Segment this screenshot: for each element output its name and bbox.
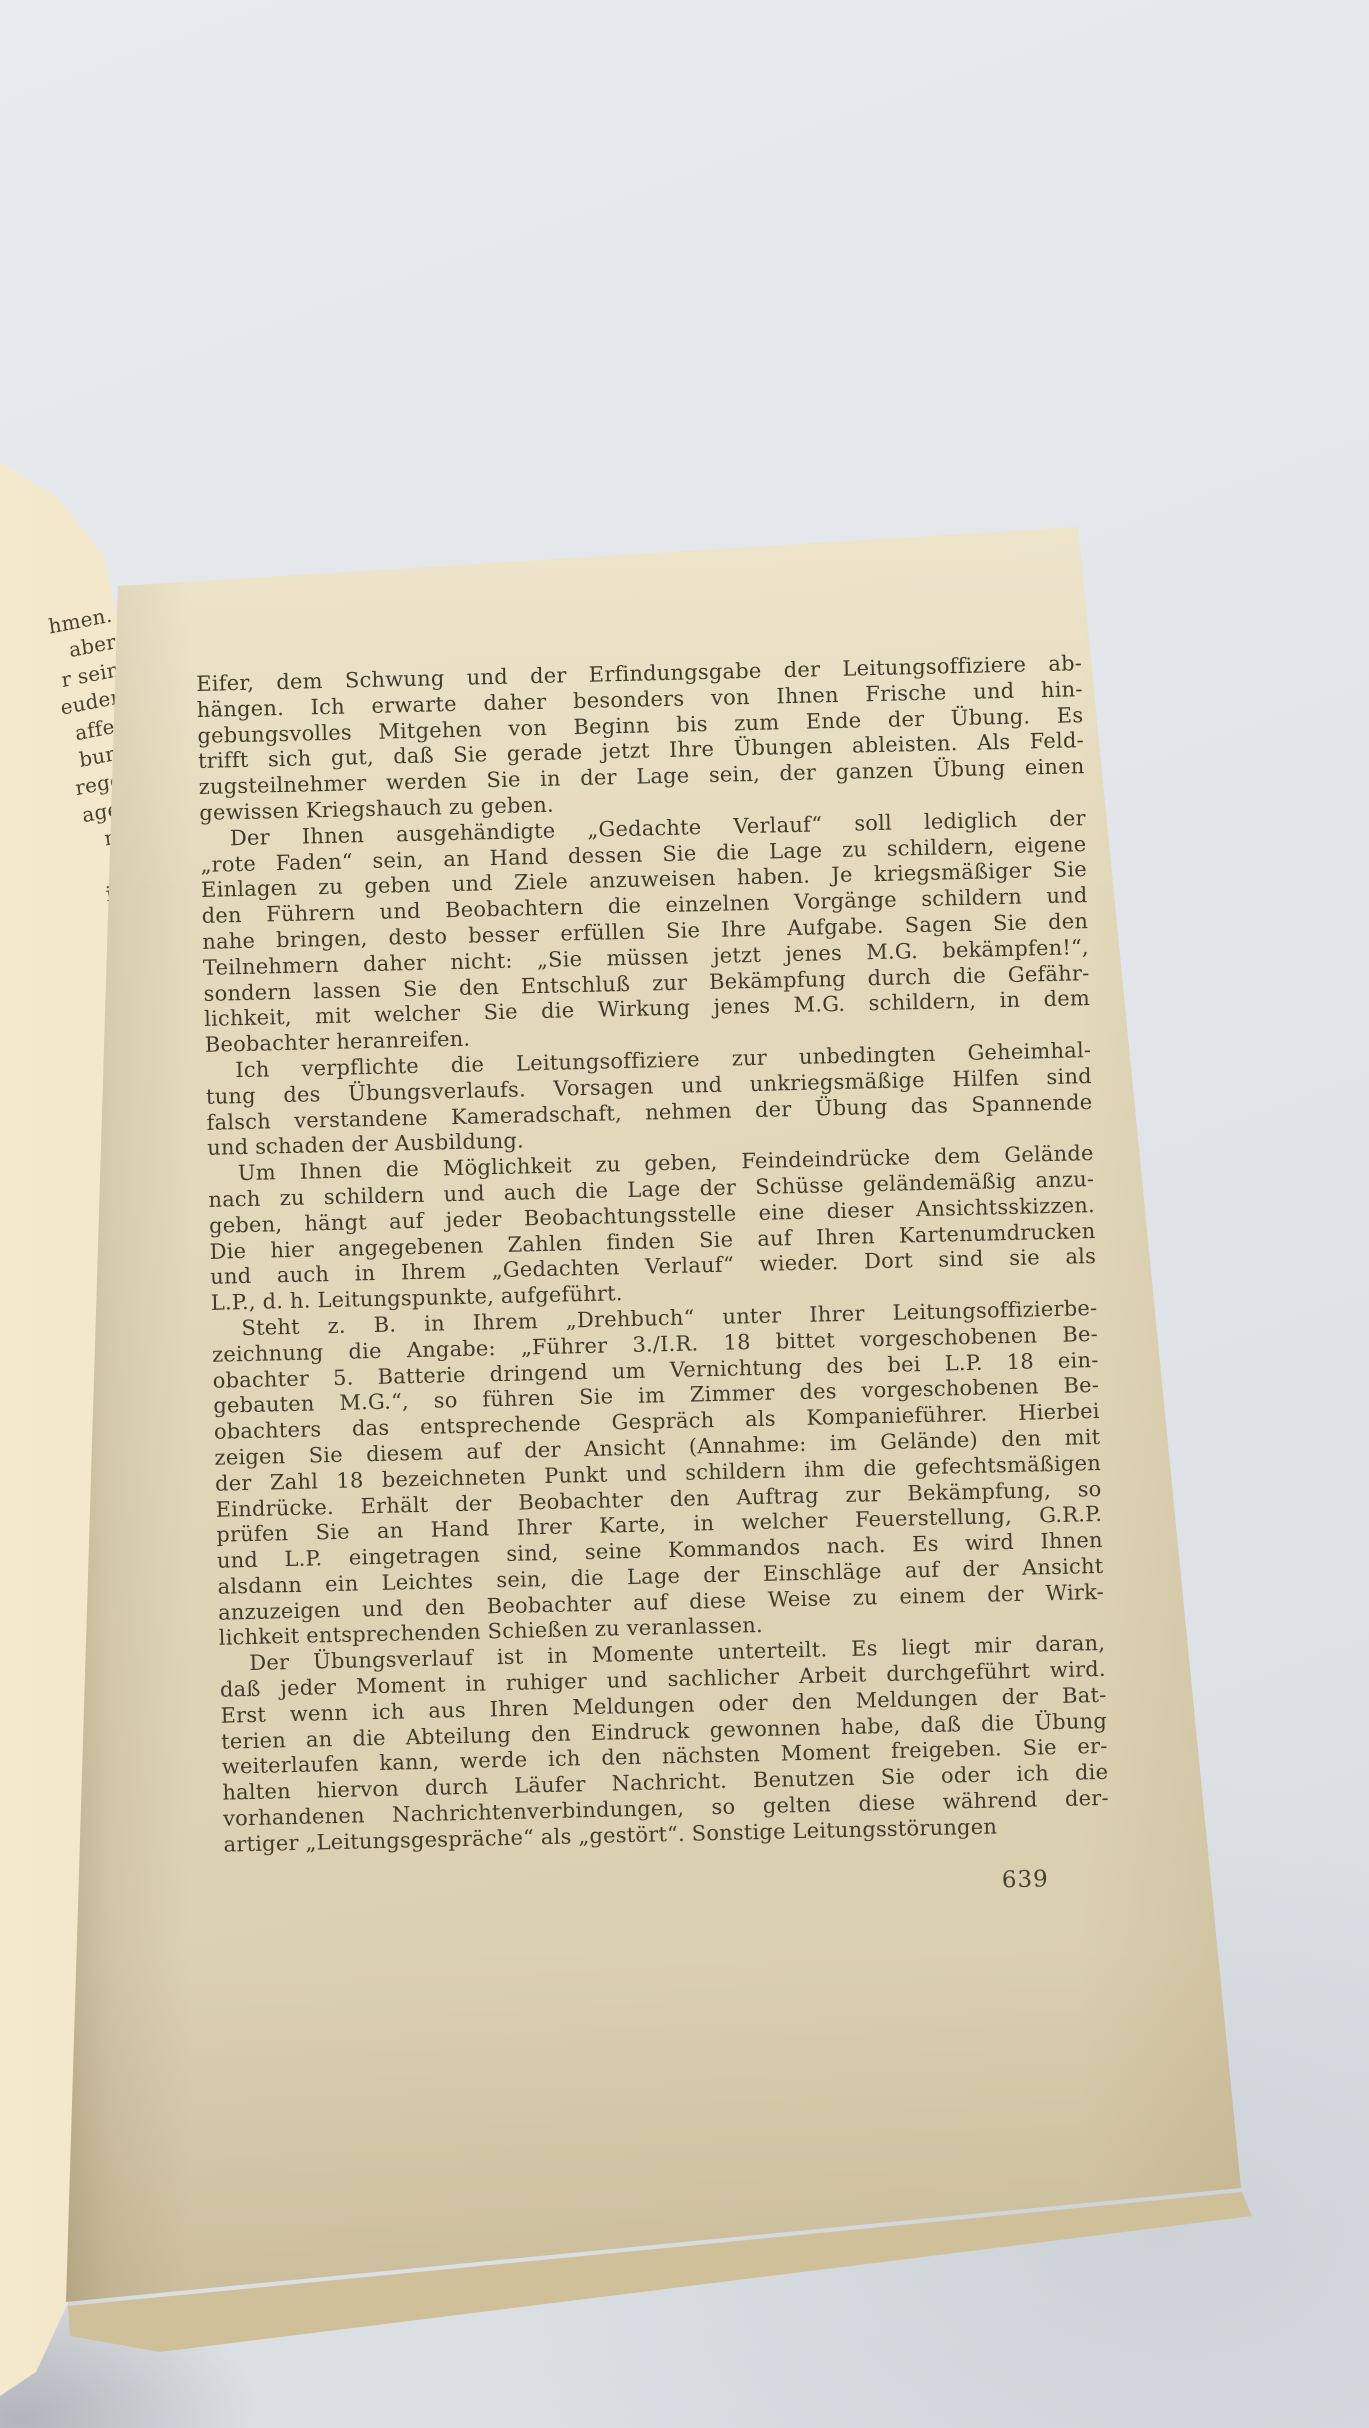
paragraph: Der Übungsverlauf ist in Momente unterte… xyxy=(219,1631,1110,1858)
paragraph: Um Ihnen die Möglichkeit zu geben, Feind… xyxy=(208,1141,1097,1317)
page-text: Eifer, dem Schwung und der Erfindungsgab… xyxy=(196,651,1110,1858)
paragraph: Der Ihnen ausgehändigte „Gedachte Verlau… xyxy=(200,806,1091,1059)
paragraph: Steht z. B. in Ihrem „Drehbuch“ unter Ih… xyxy=(211,1296,1105,1652)
open-book: hmen.aberr seineudenaffenbungregenagen.r… xyxy=(0,0,1369,2428)
paragraph: Eifer, dem Schwung und der Erfindungsgab… xyxy=(196,651,1085,827)
